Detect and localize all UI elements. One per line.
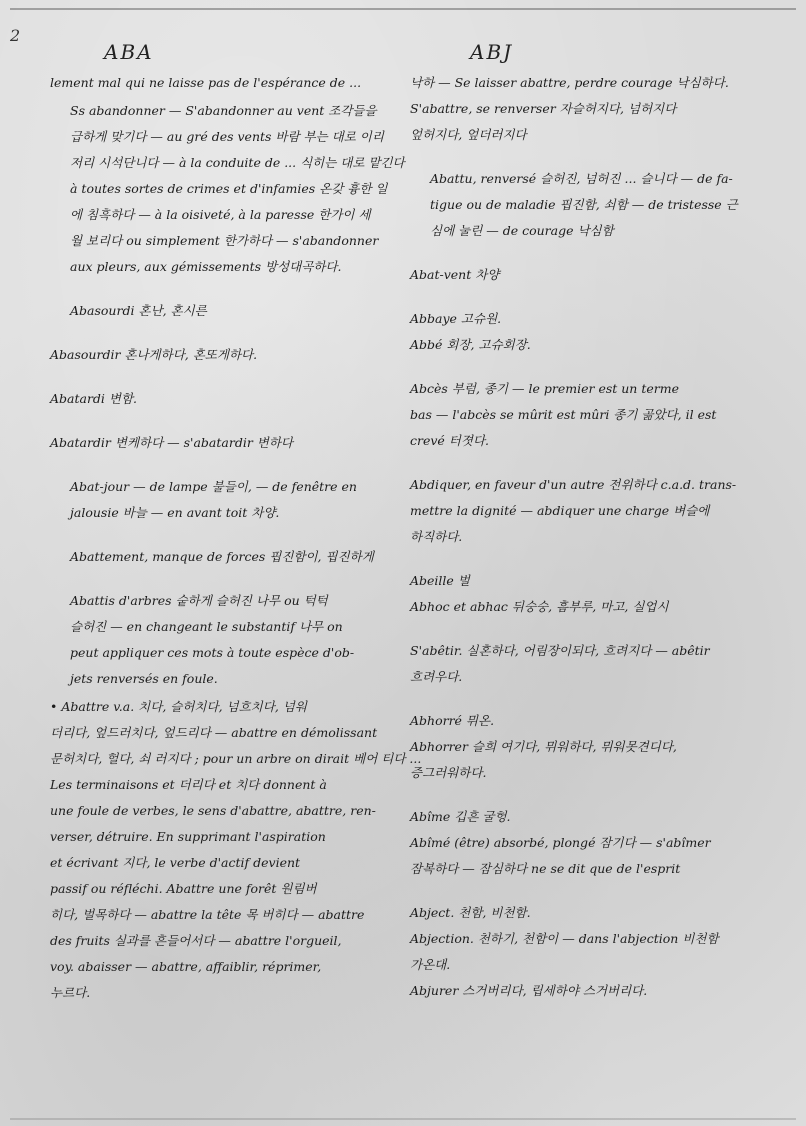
entry-line: des fruits 실과를 흔들어서다 — abattre l'orgueil… [50,928,395,954]
entry-line: Abbé 회장, 고슈회장. [410,332,780,358]
entry-line: Ss abandonner — S'abandonner au vent 조각들… [50,98,395,124]
dictionary-entry: lement mal qui ne laisse pas de l'espéra… [50,70,395,96]
entry-line: lement mal qui ne laisse pas de l'espéra… [50,70,395,96]
dictionary-entry: Abasourdir 혼나게하다, 혼또게하다. [50,342,395,368]
dictionary-entry: Abatardir 변케하다 — s'abatardir 변하다 [50,430,395,456]
entry-line: Abasourdir 혼나게하다, 혼또게하다. [50,342,395,368]
entry-line: • Abattre v.a. 치다, 슬허치다, 넘흐치다, 넘워 [50,694,395,720]
dictionary-entry: Abdiquer, en faveur d'un autre 전위하다 c.a.… [410,472,780,550]
entry-line: crevé 터졋다. [410,428,780,454]
entry-line: Abeille 벌 [410,568,780,594]
dictionary-entry: S'abêtir. 실혼하다, 어림장이되다, 흐려지다 — abêtir흐려우… [410,638,780,690]
entry-line: 더리다, 엎드러치다, 엎드리다 — abattre en démolissan… [50,720,395,746]
left-column: lement mal qui ne laisse pas de l'espéra… [50,70,395,1024]
dictionary-entry: Abattement, manque de forces 핍진함이, 핍진하게 [50,544,395,570]
entry-line: Abattement, manque de forces 핍진함이, 핍진하게 [50,544,395,570]
entry-line: 급하게 맞기다 — au gré des vents 바람 부는 대로 이리 [50,124,395,150]
entry-line: Abîme 깁흔 굴헝. [410,804,780,830]
dictionary-entry: 낙하 — Se laisser abattre, perdre courage … [410,70,780,148]
entry-line: Abattis d'arbres 숱하게 슬허진 나무 ou 턱턱 [50,588,395,614]
entry-line: une foule de verbes, le sens d'abattre, … [50,798,395,824]
entry-line: 하직하다. [410,524,780,550]
dictionary-entry: Abat-vent 차양 [410,262,780,288]
entry-line: S'abattre, se renverser 자슬허지다, 넘허지다 [410,96,780,122]
entry-line: 월 보리다 ou simplement 한가하다 — s'abandonner [50,228,395,254]
entry-line: 누르다. [50,980,395,1006]
entry-line: 엎허지다, 엎더러지다 [410,122,780,148]
entry-line: Abîmé (être) absorbé, plongé 잠기다 — s'abî… [410,830,780,856]
entry-line: 에 침흑하다 — à la oisiveté, à la paresse 한가이… [50,202,395,228]
page-top-edge [10,8,796,10]
page-number: 2 [10,26,20,45]
dictionary-entry: Abîme 깁흔 굴헝.Abîmé (être) absorbé, plongé… [410,804,780,882]
dictionary-entry: Abject. 천함, 비천함.Abjection. 천하기, 천함이 — da… [410,900,780,1004]
entry-line: Abcès 부럼, 종기 — le premier est un terme [410,376,780,402]
entry-line: et écrivant 지다, le verbe d'actif devient [50,850,395,876]
dictionary-entry: Abasourdi 혼난, 혼시른 [50,298,395,324]
entry-line: 흐려우다. [410,664,780,690]
entry-line: aux pleurs, aux gémissements 방성대곡하다. [50,254,395,280]
dictionary-entry: Abatardi 변함. [50,386,395,412]
dictionary-entry: • Abattre v.a. 치다, 슬허치다, 넘흐치다, 넘워더리다, 엎드… [50,694,395,1006]
dictionary-entry: Abat-jour — de lampe 불들이, — de fenêtre e… [50,474,395,526]
entry-line: 심에 눌린 — de courage 낙심함 [410,218,780,244]
page-bottom-edge [10,1118,796,1120]
entry-line: Abjection. 천하기, 천함이 — dans l'abjection 비… [410,926,780,952]
entry-line: 히다, 벌목하다 — abattre la tête 목 버히다 — abatt… [50,902,395,928]
dictionary-entry: Ss abandonner — S'abandonner au vent 조각들… [50,98,395,280]
dictionary-entry: Abhorré 뮈온.Abhorrer 슬희 여기다, 뮈워하다, 뮈워못견디다… [410,708,780,786]
entry-line: tigue ou de maladie 핍진함, 쇠함 — de tristes… [410,192,780,218]
dictionary-entry: Abattis d'arbres 숱하게 슬허진 나무 ou 턱턱슬허진 — e… [50,588,395,692]
entry-line: Abattu, renversé 슬허진, 넘허진 ... 슬니다 — de f… [410,166,780,192]
entry-line: Les terminaisons et 더리다 et 치다 donnent à [50,772,395,798]
entry-line: passif ou réfléchi. Abattre une forêt 원림… [50,876,395,902]
dictionary-entry: Abbaye 고슈원.Abbé 회장, 고슈회장. [410,306,780,358]
entry-line: Abhorrer 슬희 여기다, 뮈워하다, 뮈워못견디다, [410,734,780,760]
entry-line: à toutes sortes de crimes et d'infamies … [50,176,395,202]
entry-line: jalousie 바늘 — en avant toit 차양. [50,500,395,526]
column-header-left: ABA [104,40,154,64]
entry-line: 저리 시석단니다 — à la conduite de ... 식히는 대로 맡… [50,150,395,176]
entry-line: 가온대. [410,952,780,978]
entry-line: Abhorré 뮈온. [410,708,780,734]
entry-line: 낙하 — Se laisser abattre, perdre courage … [410,70,780,96]
entry-line: Abat-vent 차양 [410,262,780,288]
dictionary-entry: Abcès 부럼, 종기 — le premier est un termeba… [410,376,780,454]
dictionary-entry: Abattu, renversé 슬허진, 넘허진 ... 슬니다 — de f… [410,166,780,244]
entry-line: bas — l'abcès se mûrit est mûri 종기 곪았다, … [410,402,780,428]
entry-line: peut appliquer ces mots à toute espèce d… [50,640,395,666]
entry-line: 슬허진 — en changeant le substantif 나무 on [50,614,395,640]
entry-line: 잠복하다 — 잠심하다 ne se dit que de l'esprit [410,856,780,882]
entry-line: Abasourdi 혼난, 혼시른 [50,298,395,324]
entry-line: Abatardir 변케하다 — s'abatardir 변하다 [50,430,395,456]
entry-line: Abject. 천함, 비천함. [410,900,780,926]
entry-line: 문허치다, 헐다, 쇠 러지다 ; pour un arbre on dirai… [50,746,395,772]
dictionary-entry: Abeille 벌Abhoc et abhac 뒤숭숭, 흠부루, 마고, 실업… [410,568,780,620]
entry-line: Abjurer 스거버리다, 립세하야 스거버리다. [410,978,780,1004]
manuscript-page: 2 ABA ABJ lement mal qui ne laisse pas d… [0,0,806,1126]
entry-line: Abbaye 고슈원. [410,306,780,332]
entry-line: 증그러워하다. [410,760,780,786]
entry-line: Abatardi 변함. [50,386,395,412]
entry-line: Abat-jour — de lampe 불들이, — de fenêtre e… [50,474,395,500]
right-column: 낙하 — Se laisser abattre, perdre courage … [410,70,780,1022]
entry-line: jets renversés en foule. [50,666,395,692]
column-header-right: ABJ [470,40,513,64]
entry-line: verser, détruire. En supprimant l'aspira… [50,824,395,850]
entry-line: S'abêtir. 실혼하다, 어림장이되다, 흐려지다 — abêtir [410,638,780,664]
entry-line: Abdiquer, en faveur d'un autre 전위하다 c.a.… [410,472,780,498]
entry-line: mettre la dignité — abdiquer une charge … [410,498,780,524]
entry-line: Abhoc et abhac 뒤숭숭, 흠부루, 마고, 실업시 [410,594,780,620]
entry-line: voy. abaisser — abattre, affaiblir, répr… [50,954,395,980]
